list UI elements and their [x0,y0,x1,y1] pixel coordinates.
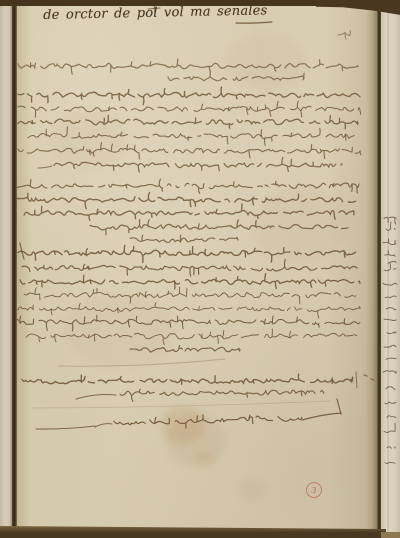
handwriting-ink [0,0,400,538]
manuscript-page: de orctor de pol vol ma senales 3 [0,0,400,538]
binding-bottom-right [381,532,400,538]
folio-number: 3 [310,485,317,495]
